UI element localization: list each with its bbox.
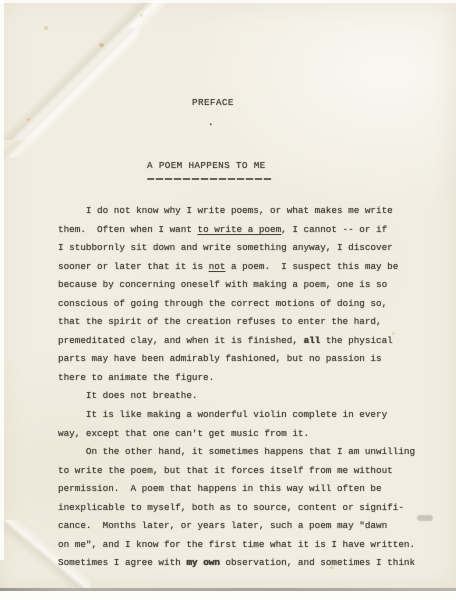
typed-text: It is like making a wonderful violin com… xyxy=(58,409,387,420)
typed-line: On the other hand, it sometimes happens … xyxy=(58,443,438,462)
typed-text: sooner or later that it is xyxy=(58,261,209,272)
typed-line: sooner or later that it is not a poem. I… xyxy=(58,258,438,277)
typed-line: It does not breathe. xyxy=(58,387,438,406)
typed-text: a poem. I suspect this may be xyxy=(225,261,398,272)
typed-text: on me", and I know for the first time wh… xyxy=(58,539,415,550)
typed-text: my own xyxy=(186,557,219,568)
typed-text: observation, and sometimes I think xyxy=(220,557,415,568)
foxing-spot xyxy=(140,14,143,17)
typed-text: because by concerning oneself with makin… xyxy=(58,279,387,290)
typed-text: permission. A poem that happens in this … xyxy=(58,483,382,494)
typed-line: way, except that one can't get music fro… xyxy=(58,425,438,444)
typed-line: It is like making a wonderful violin com… xyxy=(58,406,438,425)
typed-line: Sometimes I agree with my own observatio… xyxy=(58,554,438,573)
scan-edge-left xyxy=(0,0,4,560)
typed-line: there to animate the figure. xyxy=(58,369,438,388)
typed-lines: I do not know why I write poems, or what… xyxy=(58,202,438,573)
typed-text: way, except that one can't get music fro… xyxy=(58,428,309,439)
scan-edge-top xyxy=(0,0,456,3)
typed-line: cance. Months later, or years later, suc… xyxy=(58,517,438,536)
typed-text: It does not breathe. xyxy=(58,390,197,401)
scan-background-bottom xyxy=(0,591,456,600)
typed-text: Sometimes I agree with xyxy=(58,557,186,568)
document-title: PREFACE xyxy=(192,97,234,108)
typed-text: premeditated clay, and when it is finish… xyxy=(58,335,303,346)
typed-text: I do not know why I write poems, or what… xyxy=(58,205,393,216)
scanned-page: PREFACE . A POEM HAPPENS TO ME I do not … xyxy=(0,0,456,600)
typed-text: inexplicable to myself, both as to sourc… xyxy=(58,502,404,513)
foxing-spot xyxy=(44,26,48,30)
typed-line: I stubbornly sit down and write somethin… xyxy=(58,239,438,258)
typed-line: on me", and I know for the first time wh… xyxy=(58,536,438,555)
typed-text: I stubbornly sit down and write somethin… xyxy=(58,242,393,253)
typed-text: that the spirit of the creation refuses … xyxy=(58,316,382,327)
typed-line: to write the poem, but that it forces it… xyxy=(58,462,438,481)
foxing-spot xyxy=(27,118,30,121)
typed-line: conscious of going through the correct m… xyxy=(58,295,438,314)
underlined-text: to write a poem xyxy=(197,224,281,235)
typed-line: inexplicable to myself, both as to sourc… xyxy=(58,499,438,518)
typed-text: , I cannot -- or if xyxy=(281,224,387,235)
typed-text: them. Often when I want xyxy=(58,224,197,235)
typed-line: permission. A poem that happens in this … xyxy=(58,480,438,499)
underlined-text: not xyxy=(209,261,226,272)
typed-text: to write the poem, but that it forces it… xyxy=(58,465,393,476)
typed-text: conscious of going through the correct m… xyxy=(58,298,387,309)
typed-text: all xyxy=(303,335,320,346)
typed-line: because by concerning oneself with makin… xyxy=(58,276,438,295)
typed-line: premeditated clay, and when it is finish… xyxy=(58,332,438,351)
typed-line: parts may have been admirably fashioned,… xyxy=(58,350,438,369)
typed-text: the physical xyxy=(320,335,393,346)
document-subtitle: A POEM HAPPENS TO ME xyxy=(147,160,266,171)
typed-line: them. Often when I want to write a poem,… xyxy=(58,221,438,240)
typed-text: cance. Months later, or years later, suc… xyxy=(58,520,387,531)
typed-text: On the other hand, it sometimes happens … xyxy=(58,446,415,457)
paper-crease-topleft xyxy=(0,0,170,140)
foxing-spot xyxy=(99,43,104,47)
paper-page: PREFACE . A POEM HAPPENS TO ME I do not … xyxy=(0,0,456,590)
subtitle-underline-rule xyxy=(147,178,272,180)
typed-line: that the spirit of the creation refuses … xyxy=(58,313,438,332)
title-period-mark: . xyxy=(208,117,214,128)
typed-line: I do not know why I write poems, or what… xyxy=(58,202,438,221)
paper-crease-topleft-2 xyxy=(0,28,140,158)
typed-text: there to animate the figure. xyxy=(58,372,214,383)
typed-text: parts may have been admirably fashioned,… xyxy=(58,353,382,364)
